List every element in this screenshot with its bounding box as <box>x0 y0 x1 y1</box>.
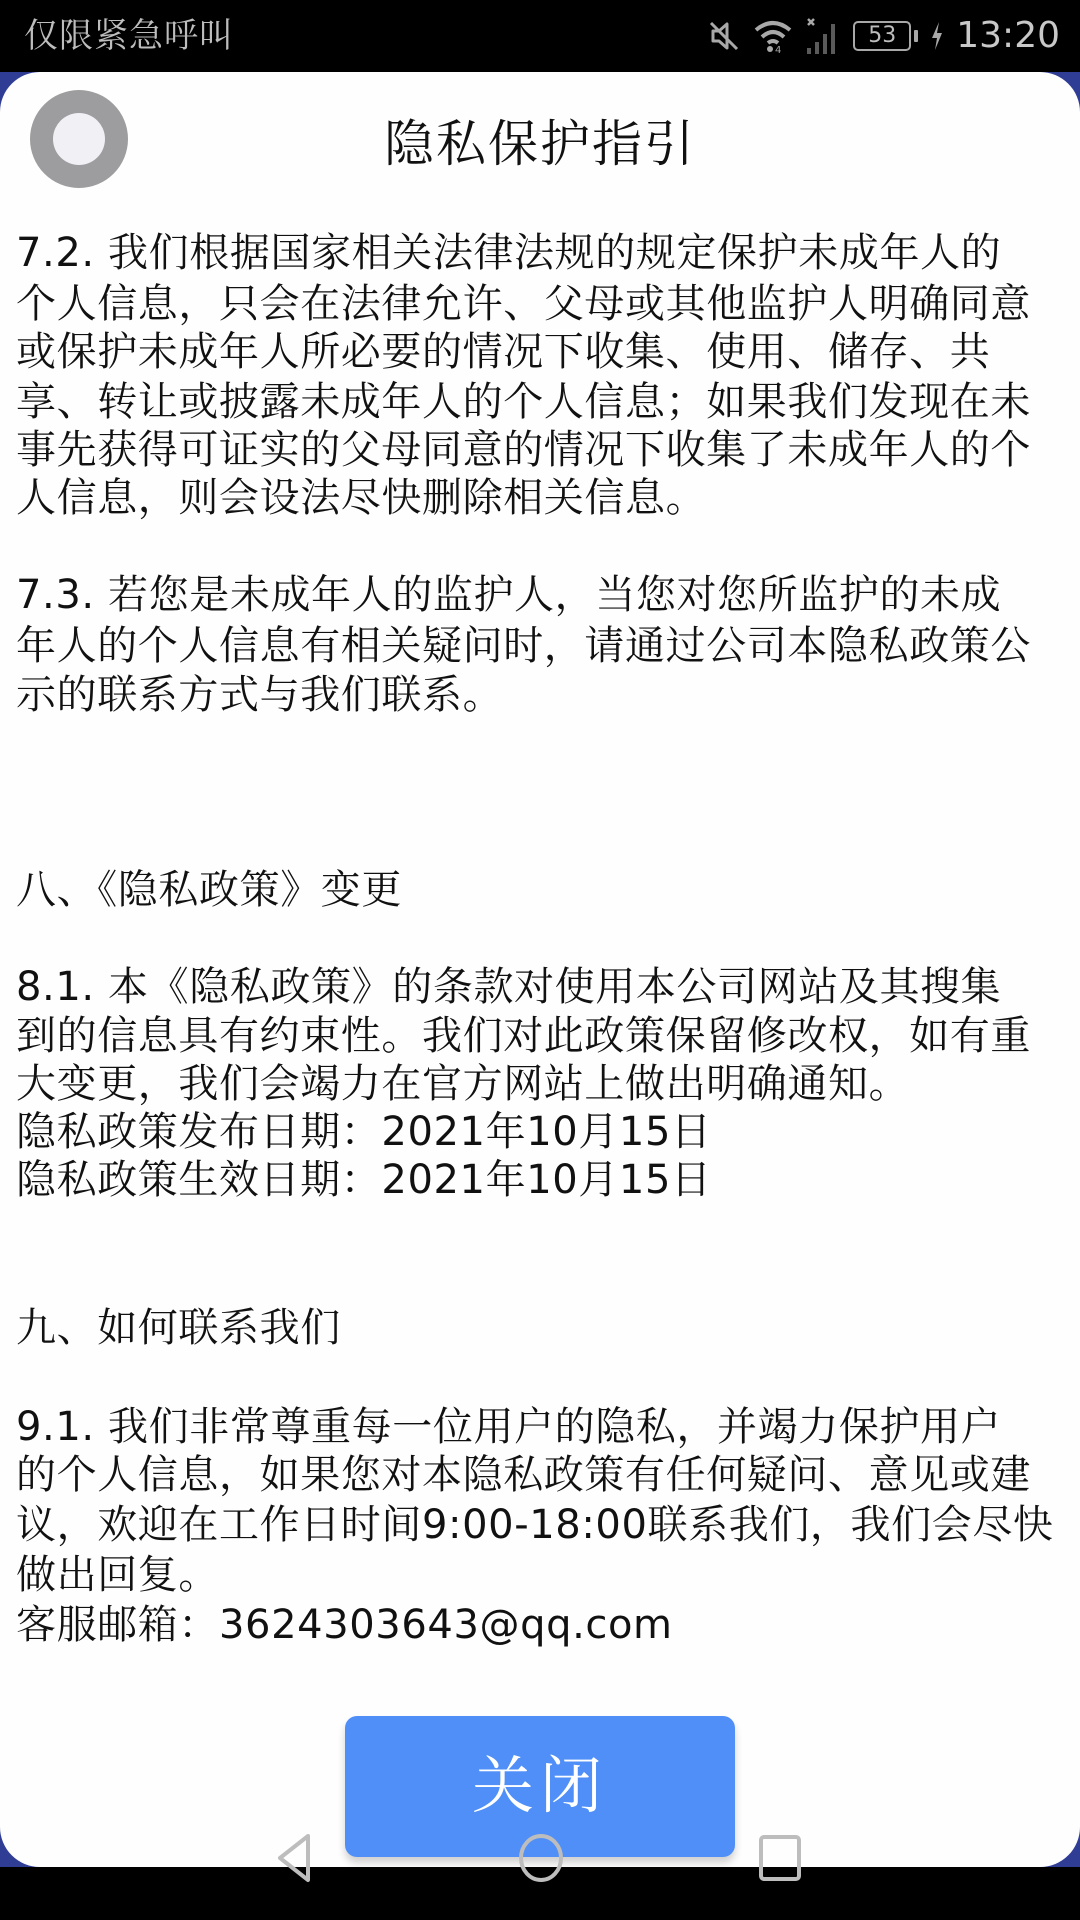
home-icon[interactable] <box>517 1832 565 1888</box>
text-line: 人信息，则会设法尽快删除相关信息。 <box>16 474 706 523</box>
battery-tip <box>914 30 918 42</box>
text-line: 事先获得可证实的父母同意的情况下收集了未成年人的个 <box>16 426 1031 475</box>
section-heading-8: 八、《隐私政策》变更 <box>16 866 402 915</box>
text-line: 示的联系方式与我们联系。 <box>16 671 503 720</box>
text-line: 个人信息，只会在法律允许、父母或其他监护人明确同意 <box>16 280 1031 329</box>
text-line: 或保护未成年人所必要的情况下收集、使用、储存、共 <box>16 328 990 377</box>
text-line: 8.1. 本《隐私政策》的条款对使用本公司网站及其搜集 <box>16 963 1001 1012</box>
text-line: 的个人信息，如果您对本隐私政策有任何疑问、意见或建 <box>16 1451 1031 1500</box>
text-line: 9.1. 我们非常尊重每一位用户的隐私，并竭力保护用户 <box>16 1403 1001 1452</box>
svg-text:4: 4 <box>775 45 781 54</box>
no-signal-icon <box>805 16 841 56</box>
status-bar: 仅限紧急呼叫 4 <box>0 0 1080 72</box>
text-line: 7.3. 若您是未成年人的监护人，当您对您所监护的未成 <box>16 571 1001 620</box>
carrier-label: 仅限紧急呼叫 <box>24 14 234 58</box>
battery-icon: 53 <box>853 21 918 51</box>
text-line: 7.2. 我们根据国家相关法律法规的规定保护未成年人的 <box>16 229 1001 278</box>
clock: 13:20 <box>956 12 1060 60</box>
back-icon[interactable] <box>276 1832 312 1888</box>
publish-date: 隐私政策发布日期：2021年10月15日 <box>16 1108 712 1157</box>
battery-level: 53 <box>853 21 911 51</box>
dialog-title: 隐私保护指引 <box>0 104 1080 184</box>
support-email: 客服邮箱：3624303643@qq.com <box>16 1601 673 1650</box>
text-line: 年人的个人信息有相关疑问时，请通过公司本隐私政策公 <box>16 622 1031 671</box>
mute-icon <box>707 19 741 53</box>
text-line: 到的信息具有约束性。我们对此政策保留修改权，如有重 <box>16 1012 1031 1061</box>
effective-date: 隐私政策生效日期：2021年10月15日 <box>16 1156 712 1205</box>
text-line: 议，欢迎在工作日时间9:00-18:00联系我们，我们会尽快 <box>16 1501 1054 1550</box>
text-line: 做出回复。 <box>16 1551 219 1600</box>
floating-ball-icon[interactable] <box>30 90 128 188</box>
section-heading-9: 九、如何联系我们 <box>16 1304 341 1353</box>
wifi-icon: 4 <box>753 18 793 54</box>
text-line: 享、转让或披露未成年人的个人信息；如果我们发现在未 <box>16 378 1031 427</box>
recents-icon[interactable] <box>758 1834 802 1886</box>
text-line: 大变更，我们会竭力在官方网站上做出明确通知。 <box>16 1060 909 1109</box>
status-icons: 4 53 13:20 <box>707 12 1060 60</box>
floating-ball-center <box>53 113 105 165</box>
charging-icon <box>930 21 944 51</box>
